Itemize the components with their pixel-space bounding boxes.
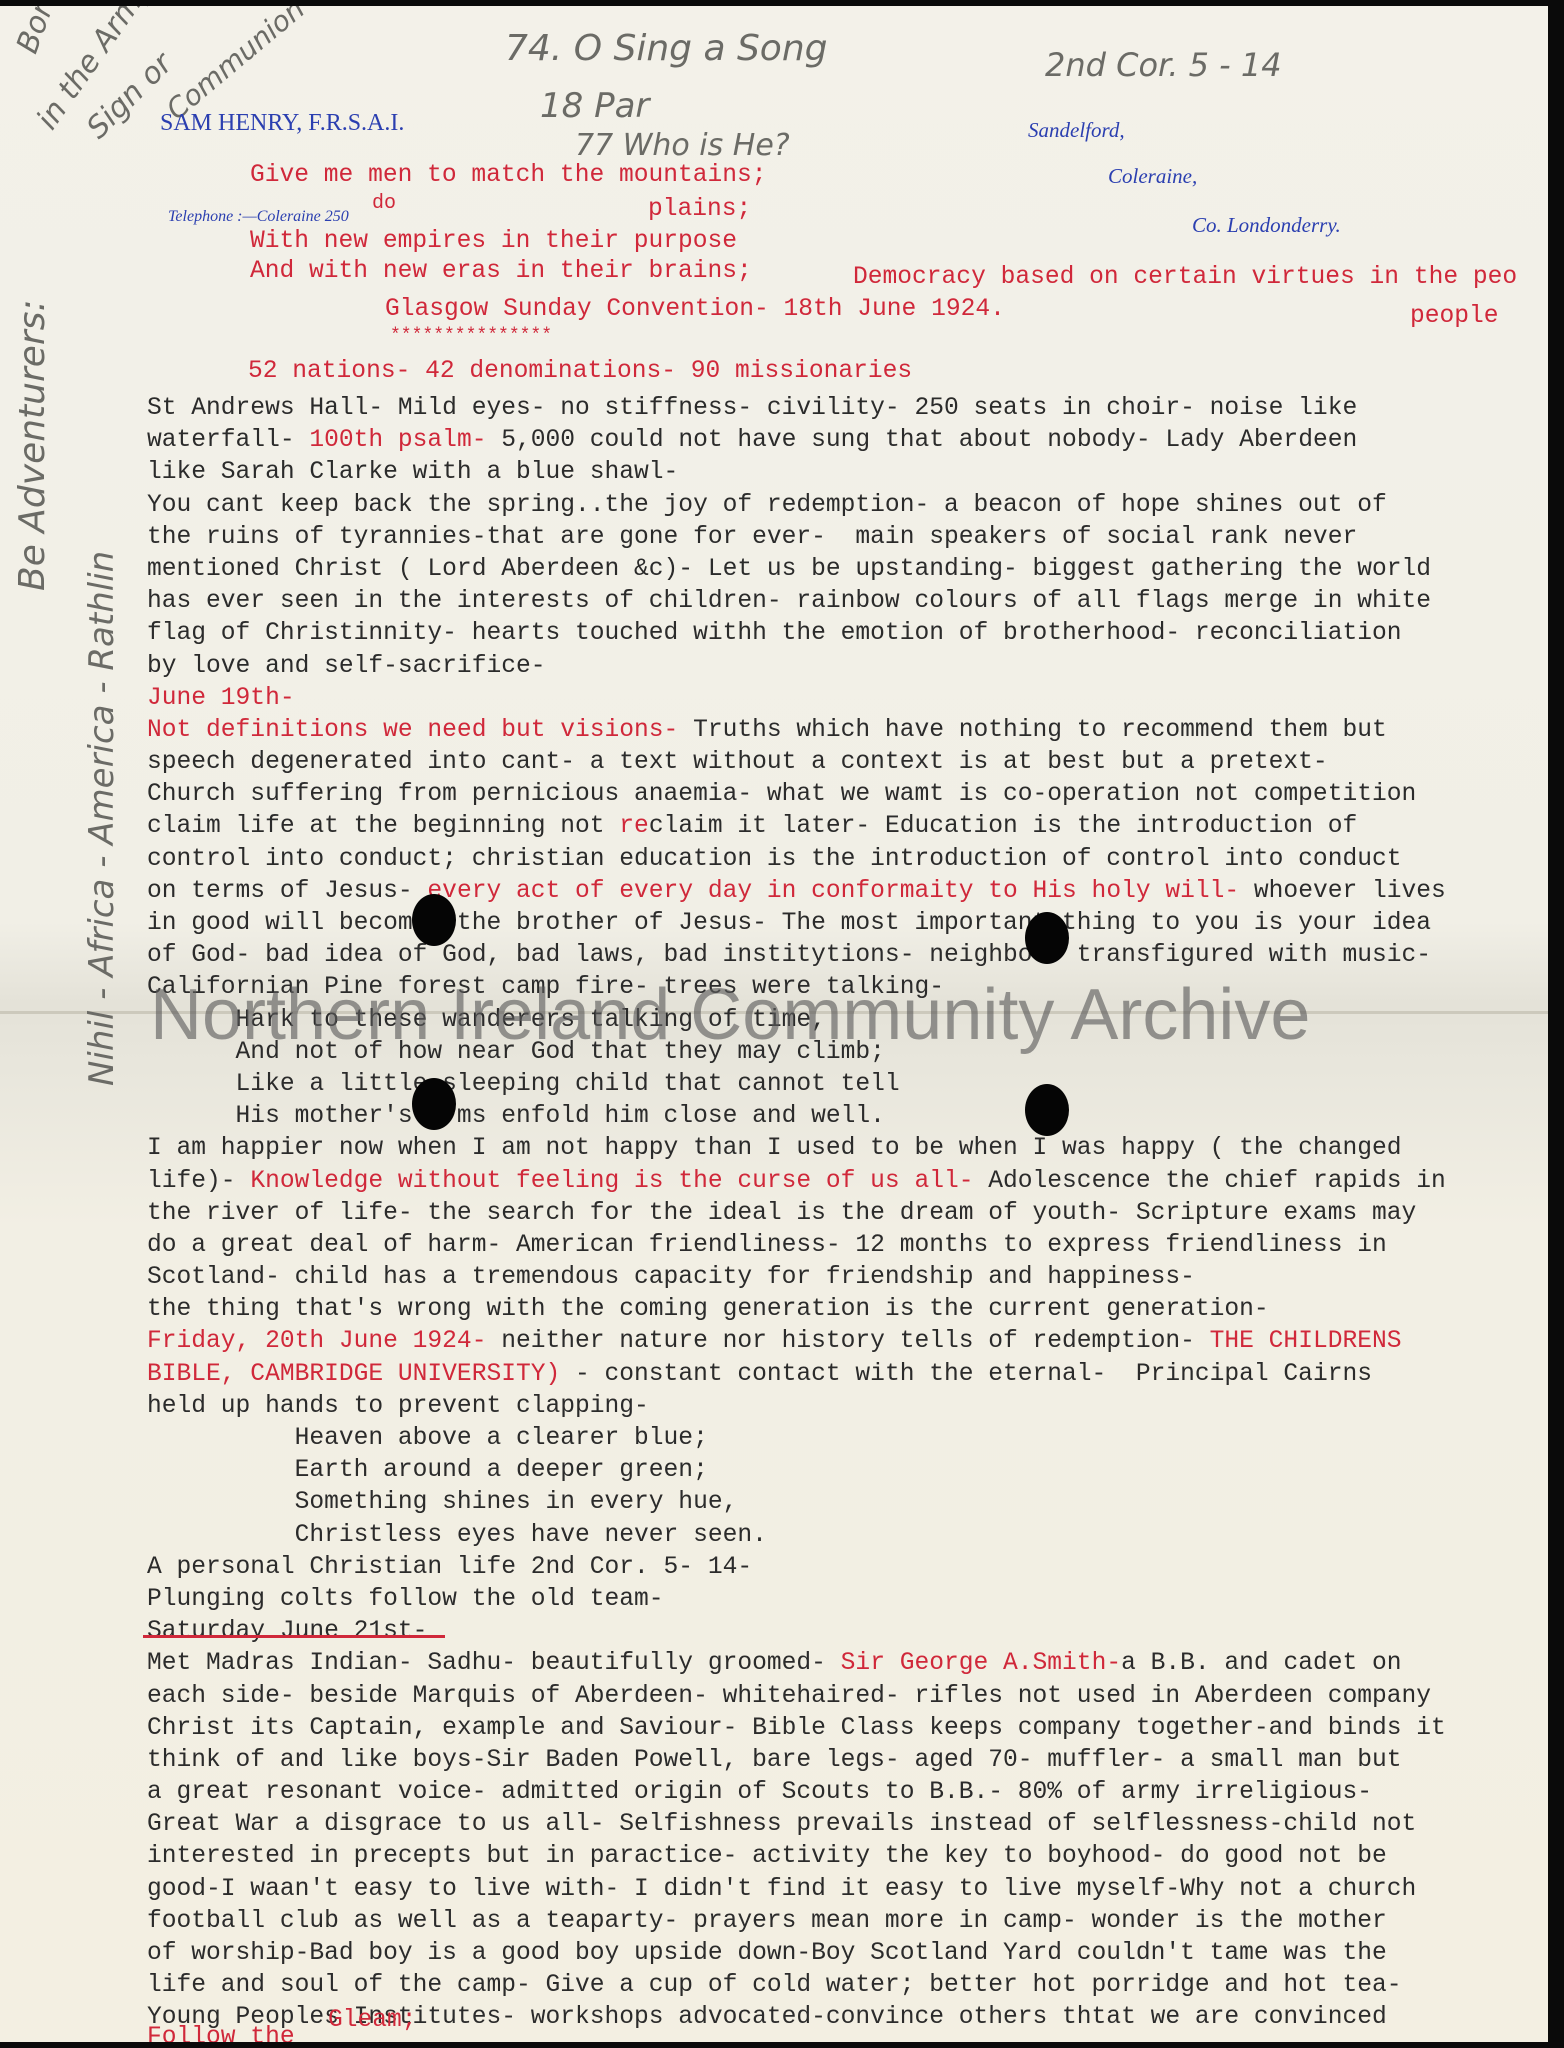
pencil-note-2nd-cor: 2nd Cor. 5 - 14 <box>1045 46 1282 84</box>
typed-text: Great War a disgrace to us all- Selfishn… <box>147 1811 1416 1838</box>
red-highlight-text: THE CHILDRENS <box>1210 1328 1402 1355</box>
poem-line-4: And with new eras in their brains; <box>250 258 752 285</box>
pencil-note-77: 77 Who is He? <box>575 128 790 163</box>
typed-text: mentioned Christ ( Lord Aberdeen &c)- Le… <box>147 556 1431 583</box>
typed-line: Like a little sleeping child that cannot… <box>147 1069 1446 1101</box>
punch-hole <box>1025 1084 1069 1136</box>
punch-hole <box>1025 912 1069 964</box>
red-highlight-text: Not definitions we need but visions- <box>147 717 678 744</box>
saturday-underline <box>143 1635 445 1638</box>
letterhead-telephone: Telephone :—Coleraine 250 <box>168 208 349 226</box>
typed-text: in good will becomes the brother of Jesu… <box>147 910 1431 937</box>
red-highlight-text: Sir George A.Smith- <box>841 1650 1121 1677</box>
typed-text: of God- bad idea of God, bad laws, bad i… <box>147 942 1431 969</box>
typed-text: Christ its Captain, example and Saviour-… <box>147 1715 1446 1742</box>
typed-line: waterfall- 100th psalm- 5,000 could not … <box>147 425 1446 457</box>
typed-line: You cant keep back the spring..the joy o… <box>147 490 1446 522</box>
typed-line: Plunging colts follow the old team- <box>147 1584 1446 1616</box>
typed-text: by love and self-sacrifice- <box>147 653 545 680</box>
typed-text: Something shines in every hue, <box>147 1489 737 1516</box>
red-highlight-text: Friday, 20th June 1924- <box>147 1328 486 1355</box>
red-highlight-text: BIBLE, CAMBRIDGE UNIVERSITY) <box>147 1361 560 1388</box>
typed-text: Plunging colts follow the old team- <box>147 1586 664 1613</box>
typed-text: St Andrews Hall- Mild eyes- no stiffness… <box>147 395 1357 422</box>
typed-text: a B.B. and cadet on <box>1121 1650 1401 1677</box>
typed-line: Christless eyes have never seen. <box>147 1520 1446 1552</box>
typed-text: good-I waan't easy to live with- I didn'… <box>147 1876 1416 1903</box>
typed-text: of worship-Bad boy is a good boy upside … <box>147 1940 1387 1967</box>
typed-line: Great War a disgrace to us all- Selfishn… <box>147 1809 1446 1841</box>
typed-line: each side- beside Marquis of Aberdeen- w… <box>147 1681 1446 1713</box>
typed-line: football club as well as a teaparty- pra… <box>147 1906 1446 1938</box>
typed-line: Heaven above a clearer blue; <box>147 1423 1446 1455</box>
letterhead-name: SAM HENRY, F.R.S.A.I. <box>160 110 404 137</box>
typed-text: Christless eyes have never seen. <box>147 1522 767 1549</box>
typed-line: St Andrews Hall- Mild eyes- no stiffness… <box>147 393 1446 425</box>
typed-text: has ever seen in the interests of childr… <box>147 588 1431 615</box>
typed-line: flag of Christinnity- hearts touched wit… <box>147 618 1446 650</box>
letterhead-address-1: Sandelford, <box>1028 118 1125 143</box>
typed-line: June 19th- <box>147 683 1446 715</box>
typed-line: by love and self-sacrifice- <box>147 651 1446 683</box>
typed-text: the ruins of tyrannies-that are gone for… <box>147 524 1357 551</box>
typed-line: Saturday June 21st- <box>147 1616 1446 1648</box>
typed-line: think of and like boys-Sir Baden Powell,… <box>147 1745 1446 1777</box>
poem-line-3: With new empires in their purpose <box>250 228 737 255</box>
footer-follow-the: Follow the <box>147 2024 295 2042</box>
democracy-side-note: Democracy based on certain virtues in th… <box>853 264 1517 291</box>
typed-text: A personal Christian life 2nd Cor. 5- 14… <box>147 1554 752 1581</box>
typed-line: the river of life- the search for the id… <box>147 1198 1446 1230</box>
pencil-margin-nihil: Nihil - Africa - America - Rathlin <box>82 551 122 1086</box>
typed-line: a great resonant voice- admitted origin … <box>147 1777 1446 1809</box>
typed-text: each side- beside Marquis of Aberdeen- w… <box>147 1683 1431 1710</box>
poem-line-do: do <box>372 192 396 215</box>
typed-line: the ruins of tyrannies-that are gone for… <box>147 522 1446 554</box>
typed-line: on terms of Jesus- every act of every da… <box>147 876 1446 908</box>
red-highlight-text: Knowledge without feeling is the curse o… <box>250 1168 973 1195</box>
typed-line: mentioned Christ ( Lord Aberdeen &c)- Le… <box>147 554 1446 586</box>
typed-line: Not definitions we need but visions- Tru… <box>147 715 1446 747</box>
typed-line: BIBLE, CAMBRIDGE UNIVERSITY) - constant … <box>147 1359 1446 1391</box>
typed-line: His mother's arms enfold him close and w… <box>147 1101 1446 1133</box>
typed-line: life)- Knowledge without feeling is the … <box>147 1166 1446 1198</box>
red-highlight-text: re <box>619 813 649 840</box>
typed-text: whoever lives <box>1239 878 1446 905</box>
typed-line: interested in precepts but in paractice-… <box>147 1841 1446 1873</box>
typed-line: held up hands to prevent clapping- <box>147 1391 1446 1423</box>
typed-line: control into conduct; christian educatio… <box>147 844 1446 876</box>
typed-text: control into conduct; christian educatio… <box>147 846 1402 873</box>
typed-line: Scotland- child has a tremendous capacit… <box>147 1262 1446 1294</box>
typed-text: life)- <box>147 1168 250 1195</box>
typed-line: Friday, 20th June 1924- neither nature n… <box>147 1326 1446 1358</box>
typed-text: Like a little sleeping child that cannot… <box>147 1071 900 1098</box>
typed-text: Heaven above a clearer blue; <box>147 1425 708 1452</box>
pencil-note-communion: Communion <box>160 6 311 126</box>
typed-line: has ever seen in the interests of childr… <box>147 586 1446 618</box>
footer-gleam: Gleam; <box>328 2007 417 2034</box>
typed-text: Saturday June 21st- <box>147 1618 427 1645</box>
poem-line-plains: plains; <box>648 196 751 223</box>
red-highlight-text: 100th psalm- <box>309 427 486 454</box>
typed-line: in good will becomes the brother of Jesu… <box>147 908 1446 940</box>
typed-text: life and soul of the camp- Give a cup of… <box>147 1972 1402 1999</box>
archive-watermark: Northern Ireland Community Archive <box>150 974 1310 1056</box>
typed-text: interested in precepts but in paractice-… <box>147 1843 1387 1870</box>
pencil-margin-be-adventurers: Be Adventurers: <box>12 299 53 591</box>
notes-body: St Andrews Hall- Mild eyes- no stiffness… <box>147 393 1446 2035</box>
typed-line: of worship-Bad boy is a good boy upside … <box>147 1938 1446 1970</box>
typed-line: claim life at the beginning not reclaim … <box>147 811 1446 843</box>
typed-text: on terms of Jesus- <box>147 878 427 905</box>
typed-text: football club as well as a teaparty- pra… <box>147 1908 1387 1935</box>
typed-text: Scotland- child has a tremendous capacit… <box>147 1264 1195 1291</box>
typed-text: Truths which have nothing to recommend t… <box>678 717 1386 744</box>
typed-line: of God- bad idea of God, bad laws, bad i… <box>147 940 1446 972</box>
typed-line: like Sarah Clarke with a blue shawl- <box>147 457 1446 489</box>
typed-text: speech degenerated into cant- a text wit… <box>147 749 1328 776</box>
pencil-note-born: Born <box>10 6 67 58</box>
punch-hole <box>412 894 456 946</box>
typed-line: good-I waan't easy to live with- I didn'… <box>147 1874 1446 1906</box>
typed-letter-page: Born in the Army Sign or Communion 74. O… <box>0 6 1548 2042</box>
pencil-note-18-par: 18 Par <box>540 86 649 126</box>
typed-text: like Sarah Clarke with a blue shawl- <box>147 459 678 486</box>
poem-line-1: Give me men to match the mountains; <box>250 162 767 189</box>
typed-text: - constant contact with the eternal- Pri… <box>560 1361 1372 1388</box>
typed-text: neither nature nor history tells of rede… <box>486 1328 1209 1355</box>
typed-text: think of and like boys-Sir Baden Powell,… <box>147 1747 1402 1774</box>
typed-text: the river of life- the search for the id… <box>147 1200 1416 1227</box>
typed-text: His mother's arms enfold him close and w… <box>147 1103 885 1130</box>
red-highlight-text: June 19th- <box>147 685 295 712</box>
convention-title: Glasgow Sunday Convention- 18th June 192… <box>385 296 1005 323</box>
democracy-side-note-correction: people <box>1410 303 1499 330</box>
typed-line: Christ its Captain, example and Saviour-… <box>147 1713 1446 1745</box>
typed-text: You cant keep back the spring..the joy o… <box>147 492 1387 519</box>
typed-text: Met Madras Indian- Sadhu- beautifully gr… <box>147 1650 841 1677</box>
pencil-note-hymn-74: 74. O Sing a Song <box>505 28 828 69</box>
typed-line: the thing that's wrong with the coming g… <box>147 1294 1446 1326</box>
stats-line: 52 nations- 42 denominations- 90 mission… <box>248 358 912 385</box>
typed-line: Something shines in every hue, <box>147 1487 1446 1519</box>
typed-text: 5,000 could not have sung that about nob… <box>486 427 1357 454</box>
typed-text: the thing that's wrong with the coming g… <box>147 1296 1269 1323</box>
red-highlight-text: every act of every day in conformaity to… <box>427 878 1239 905</box>
punch-hole <box>412 1078 456 1130</box>
letterhead-address-2: Coleraine, <box>1108 164 1197 189</box>
typed-text: Adolescence the chief rapids in <box>974 1168 1446 1195</box>
typed-text: Church suffering from pernicious anaemia… <box>147 781 1416 808</box>
typed-line: A personal Christian life 2nd Cor. 5- 14… <box>147 1552 1446 1584</box>
typed-text: claim it later- Education is the introdu… <box>649 813 1357 840</box>
typed-text: held up hands to prevent clapping- <box>147 1393 649 1420</box>
typed-line: Church suffering from pernicious anaemia… <box>147 779 1446 811</box>
typed-line: Earth around a deeper green; <box>147 1455 1446 1487</box>
typed-line: speech degenerated into cant- a text wit… <box>147 747 1446 779</box>
typed-line: Met Madras Indian- Sadhu- beautifully gr… <box>147 1648 1446 1680</box>
typed-line: do a great deal of harm- American friend… <box>147 1230 1446 1262</box>
letterhead-address-3: Co. Londonderry. <box>1192 213 1341 238</box>
typed-text: flag of Christinnity- hearts touched wit… <box>147 620 1402 647</box>
typed-line: life and soul of the camp- Give a cup of… <box>147 1970 1446 2002</box>
typed-text: claim life at the beginning not <box>147 813 619 840</box>
typed-text: a great resonant voice- admitted origin … <box>147 1779 1372 1806</box>
typed-text: Earth around a deeper green; <box>147 1457 708 1484</box>
typed-line: I am happier now when I am not happy tha… <box>147 1133 1446 1165</box>
typed-text: waterfall- <box>147 427 309 454</box>
typed-text: I am happier now when I am not happy tha… <box>147 1135 1402 1162</box>
typed-text: do a great deal of harm- American friend… <box>147 1232 1387 1259</box>
stars-divider: *************** <box>390 326 552 346</box>
